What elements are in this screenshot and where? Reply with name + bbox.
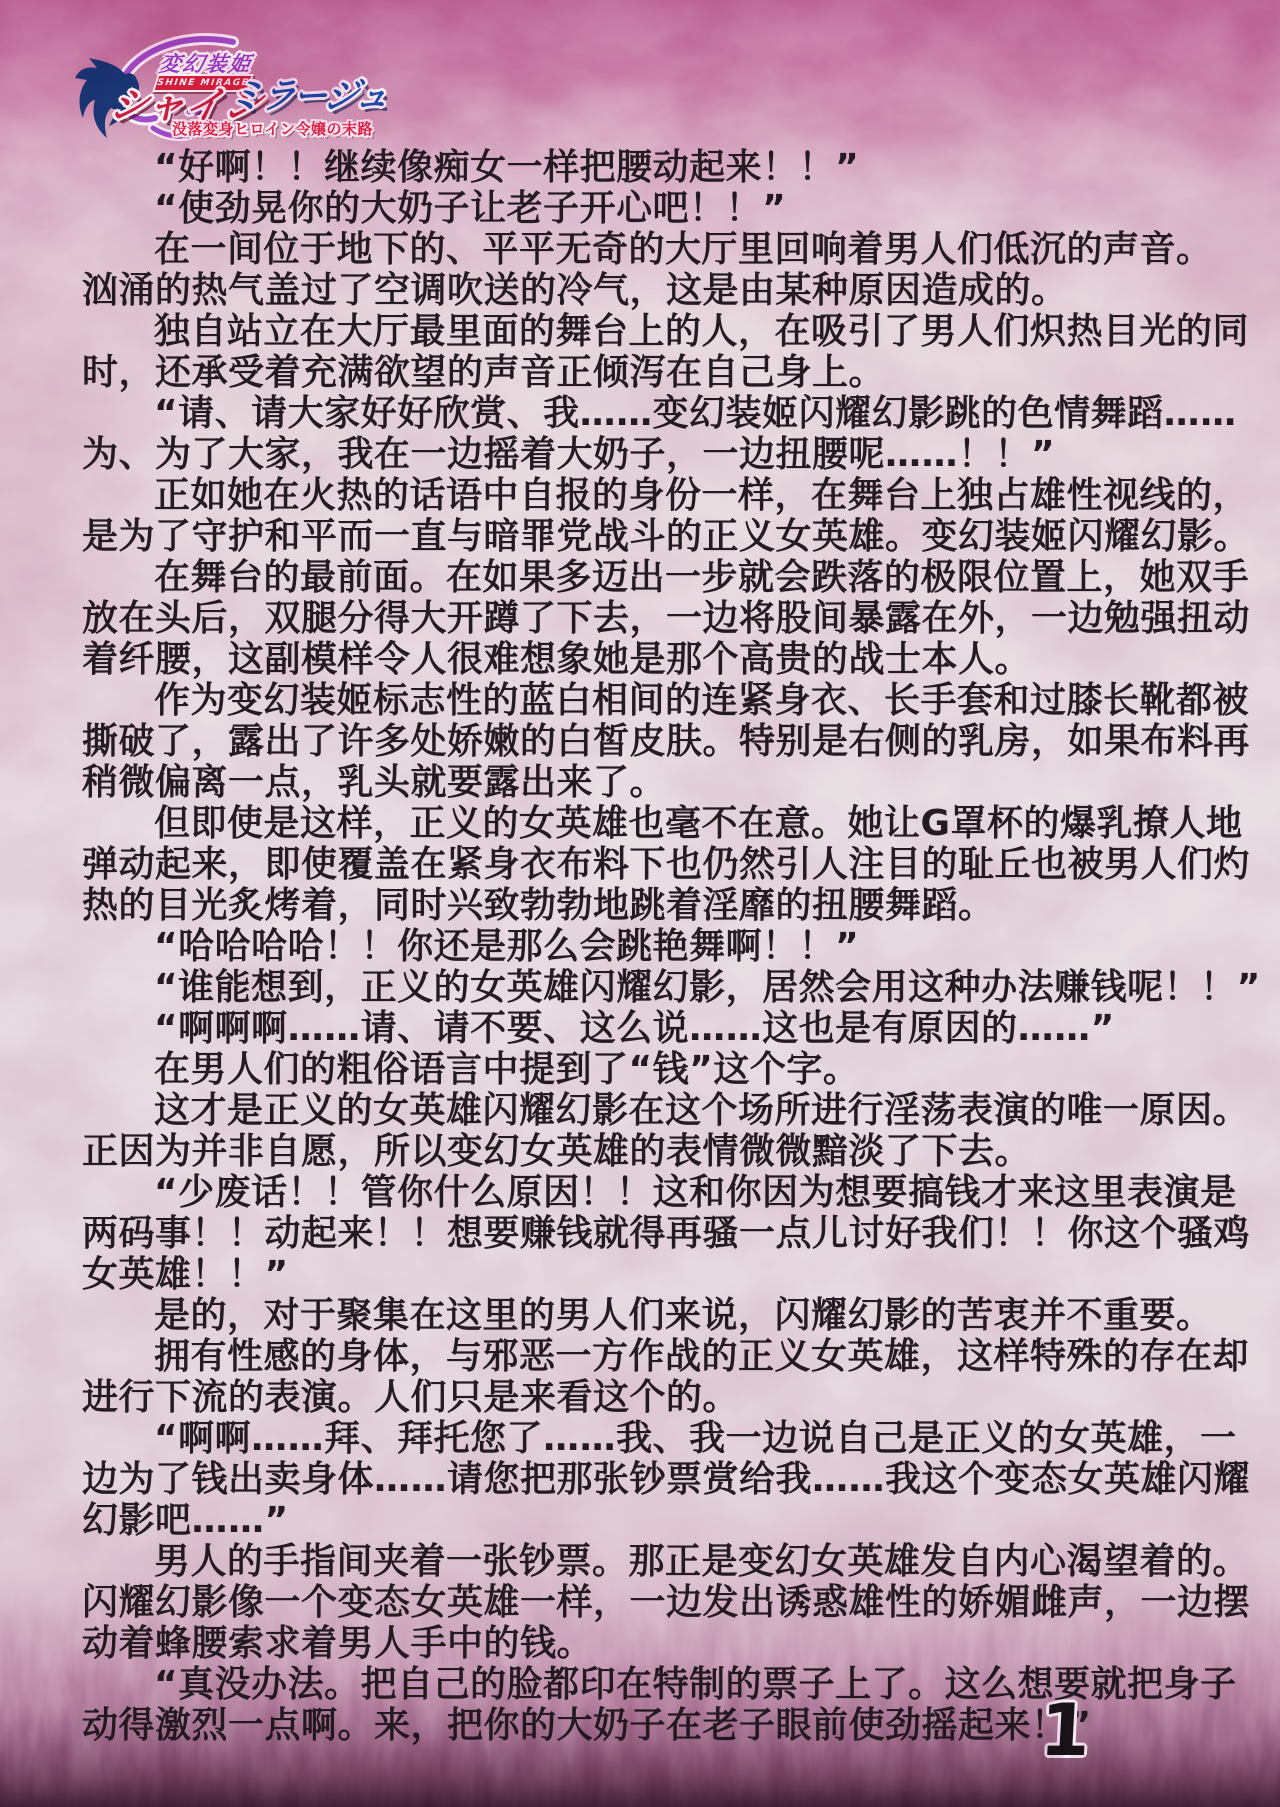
novel-page: 変幻装姫 SHINE MIRAGE シャイン ミラージュ 没落変身ヒロイン令嬢の…: [0, 0, 1280, 1807]
text-line: 动着蜂腰索求着男人手中的钱。: [82, 1623, 1254, 1664]
novel-text: “好啊！！继续像痴女一样把腰动起来！！”“使劲晃你的大奶子让老子开心吧！！”在一…: [82, 147, 1254, 1746]
series-logo: 変幻装姫 SHINE MIRAGE シャイン ミラージュ 没落変身ヒロイン令嬢の…: [75, 28, 435, 153]
text-line: 弹动起来，即使覆盖在紧身衣布料下也仍然引人注目的耻丘也被男人们灼: [82, 844, 1254, 885]
text-line: 正如她在火热的话语中自报的身份一样，在舞台上独占雄性视线的，: [82, 475, 1254, 516]
text-line: 拥有性感的身体，与邪恶一方作战的正义女英雄，这样特殊的存在却: [82, 1336, 1254, 1377]
text-line: 是为了守护和平而一直与暗罪党战斗的正义女英雄。变幻装姬闪耀幻影。: [82, 516, 1254, 557]
text-line: 边为了钱出卖身体……请您把那张钞票赏给我……我这个变态女英雄闪耀: [82, 1459, 1254, 1500]
text-line: 为、为了大家，我在一边摇着大奶子，一边扭腰呢……！！”: [82, 434, 1254, 475]
text-line: 汹涌的热气盖过了空调吹送的冷气，这是由某种原因造成的。: [82, 270, 1254, 311]
text-line: 女英雄！！”: [82, 1254, 1254, 1295]
logo-subtitle: 没落変身ヒロイン令嬢の末路: [172, 118, 373, 139]
logo-title-mirage: ミラージュ: [225, 68, 394, 119]
text-line: “使劲晃你的大奶子让老子开心吧！！”: [82, 188, 1254, 229]
text-line: 进行下流的表演。人们只是来看这个的。: [82, 1377, 1254, 1418]
text-line: 稍微偏离一点，乳头就要露出来了。: [82, 762, 1254, 803]
text-line: 幻影吧……”: [82, 1500, 1254, 1541]
text-line: 闪耀幻影像一个变态女英雄一样，一边发出诱惑雄性的娇媚雌声，一边摆: [82, 1582, 1254, 1623]
page-number: 1: [1038, 1688, 1093, 1772]
text-line: 但即使是这样，正义的女英雄也毫不在意。她让G罩杯的爆乳撩人地: [82, 803, 1254, 844]
text-line: “谁能想到，正义的女英雄闪耀幻影，居然会用这种办法赚钱呢！！”: [82, 967, 1254, 1008]
text-line: “哈哈哈哈！！你还是那么会跳艳舞啊！！”: [82, 926, 1254, 967]
text-line: 独自站立在大厅最里面的舞台上的人，在吸引了男人们炽热目光的同: [82, 311, 1254, 352]
text-line: 在男人们的粗俗语言中提到了“钱”这个字。: [82, 1049, 1254, 1090]
text-line: “好啊！！继续像痴女一样把腰动起来！！”: [82, 147, 1254, 188]
text-line: 这才是正义的女英雄闪耀幻影在这个场所进行淫荡表演的唯一原因。: [82, 1090, 1254, 1131]
text-line: “啊啊啊……请、请不要、这么说……这也是有原因的……”: [82, 1008, 1254, 1049]
text-line: 着纤腰，这副模样令人很难想象她是那个高贵的战士本人。: [82, 639, 1254, 680]
text-line: 在一间位于地下的、平平无奇的大厅里回响着男人们低沉的声音。: [82, 229, 1254, 270]
text-line: 热的目光炙烤着，同时兴致勃勃地跳着淫靡的扭腰舞蹈。: [82, 885, 1254, 926]
text-line: 两码事！！动起来！！想要赚钱就得再骚一点儿讨好我们！！你这个骚鸡: [82, 1213, 1254, 1254]
text-line: 是的，对于聚集在这里的男人们来说，闪耀幻影的苦衷并不重要。: [82, 1295, 1254, 1336]
text-line: 时，还承受着充满欲望的声音正倾泻在自己身上。: [82, 352, 1254, 393]
text-line: “啊啊……拜、拜托您了……我、我一边说自己是正义的女英雄，一: [82, 1418, 1254, 1459]
text-line: 正因为并非自愿，所以变幻女英雄的表情微微黯淡了下去。: [82, 1131, 1254, 1172]
text-line: 男人的手指间夹着一张钞票。那正是变幻女英雄发自内心渴望着的。: [82, 1541, 1254, 1582]
text-line: 作为变幻装姬标志性的蓝白相间的连紧身衣、长手套和过膝长靴都被: [82, 680, 1254, 721]
text-line: 放在头后，双腿分得大开蹲了下去，一边将股间暴露在外，一边勉强扭动: [82, 598, 1254, 639]
text-line: 撕破了，露出了许多处娇嫩的白皙皮肤。特别是右侧的乳房，如果布料再: [82, 721, 1254, 762]
text-line: 在舞台的最前面。在如果多迈出一步就会跌落的极限位置上，她双手: [82, 557, 1254, 598]
text-line: “请、请大家好好欣赏、我……变幻装姬闪耀幻影跳的色情舞蹈……: [82, 393, 1254, 434]
text-line: “少废话！！管你什么原因！！这和你因为想要搞钱才来这里表演是: [82, 1172, 1254, 1213]
